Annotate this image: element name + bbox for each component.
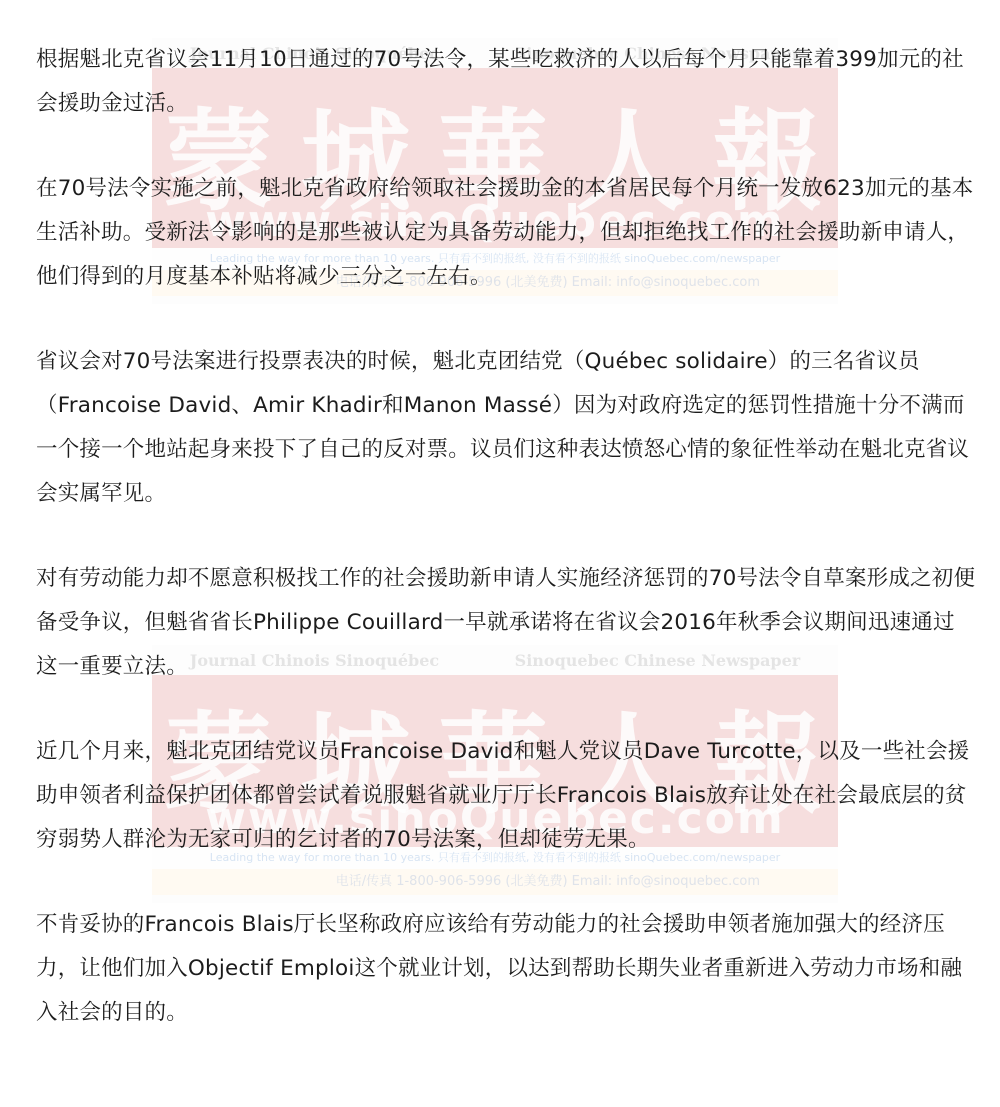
- paragraph-vote: 省议会对70号法案进行投票表决的时候，魁北克团结党（Québec solidai…: [36, 340, 976, 516]
- paragraph-blais-stance: 不肯妥协的Francois Blais厅长坚称政府应该给有劳动能力的社会援助申领…: [36, 903, 976, 1035]
- article-body: 根据魁北克省议会11月10日通过的70号法令，某些吃救济的人以后每个月只能靠着3…: [36, 38, 976, 1076]
- paragraph-bill70-intro: 根据魁北克省议会11月10日通过的70号法令，某些吃救济的人以后每个月只能靠着3…: [36, 38, 976, 126]
- paragraph-controversy: 对有劳动能力却不愿意积极找工作的社会援助新申请人实施经济惩罚的70号法令自草案形…: [36, 557, 976, 689]
- paragraph-before-bill70: 在70号法令实施之前，魁北克省政府给领取社会援助金的本省居民每个月统一发放623…: [36, 167, 976, 299]
- paragraph-persuasion: 近几个月来，魁北克团结党议员Francoise David和魁人党议员Dave …: [36, 730, 976, 862]
